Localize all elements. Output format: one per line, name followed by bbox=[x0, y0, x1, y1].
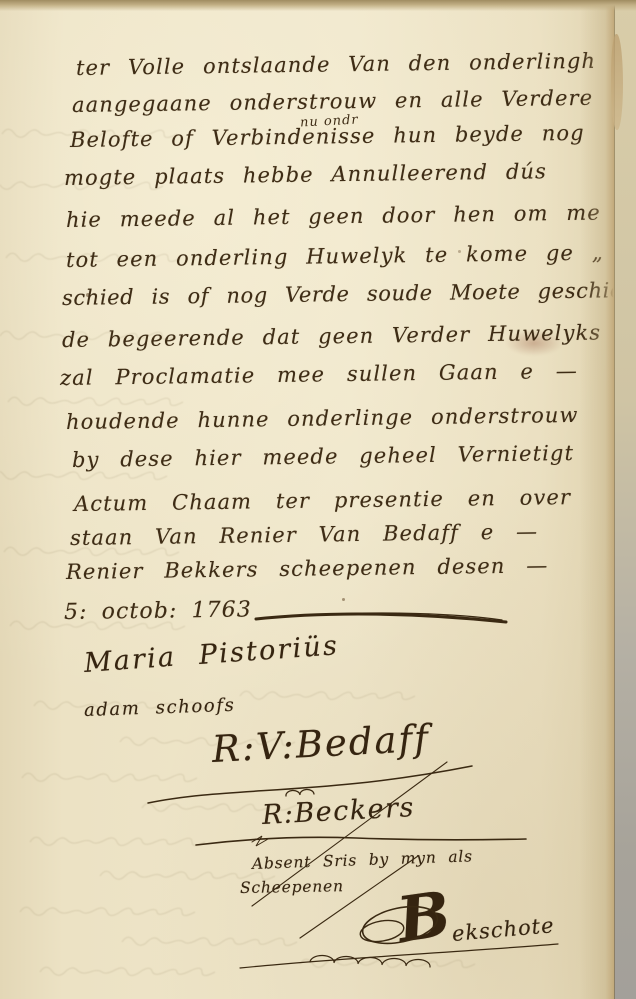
manuscript-line-14: Renier Bekkers scheepenen desen — bbox=[66, 555, 549, 583]
manuscript-line-9: zal Proclamatie mee sullen Gaan e — bbox=[60, 361, 578, 389]
attestation-line-1: Absent Sris by myn als bbox=[252, 847, 473, 873]
next-page-backing bbox=[614, 0, 636, 999]
manuscript-line-1: ter Volle ontslaande Van den onderlingh bbox=[76, 51, 596, 79]
interlinear-insertion: nu ondr bbox=[300, 112, 359, 130]
manuscript-line-12: Actum Chaam ter presentie en over bbox=[74, 487, 571, 515]
manuscript-line-7: schied is of nog Verde soude Moete gesch… bbox=[62, 280, 636, 309]
signature-adam-schoofs: adam schoofs bbox=[84, 695, 236, 721]
manuscript-line-6: tot een onderling Huwelyk te kome ge „ bbox=[66, 242, 604, 271]
manuscript-line-4: mogte plaats hebbe Annulleerend dús bbox=[64, 161, 547, 189]
manuscript-line-11: by dese hier meede geheel Vernietigt bbox=[72, 443, 574, 471]
attestation-line-2: Scheepenen bbox=[240, 877, 344, 897]
signature-monogram-name: ekschote bbox=[451, 913, 555, 946]
manuscript-line-10: houdende hunne onderlinge onderstrouw bbox=[66, 405, 579, 433]
signature-beckers: R:Beckers bbox=[261, 792, 415, 831]
page-top-edge bbox=[0, 0, 636, 11]
signature-monogram: B bbox=[393, 877, 455, 957]
manuscript-line-13: staan Van Renier Van Bedaff e — bbox=[70, 521, 538, 549]
manuscript-page: ter Volle ontslaande Van den onderlingh … bbox=[0, 0, 636, 999]
manuscript-line-2: aangegaane onderstrouw en alle Verdere bbox=[72, 88, 593, 116]
page-corner-curl bbox=[611, 34, 623, 130]
manuscript-line-5: hie meede al het geen door hen om me bbox=[66, 203, 601, 231]
date-line: 5: octob: 1763 bbox=[64, 599, 252, 624]
signature-maria-pistorius: Maria Pistoriüs bbox=[83, 630, 340, 679]
signature-bedaff: R:V:Bedaff bbox=[211, 717, 431, 771]
paper-speck bbox=[342, 598, 345, 601]
